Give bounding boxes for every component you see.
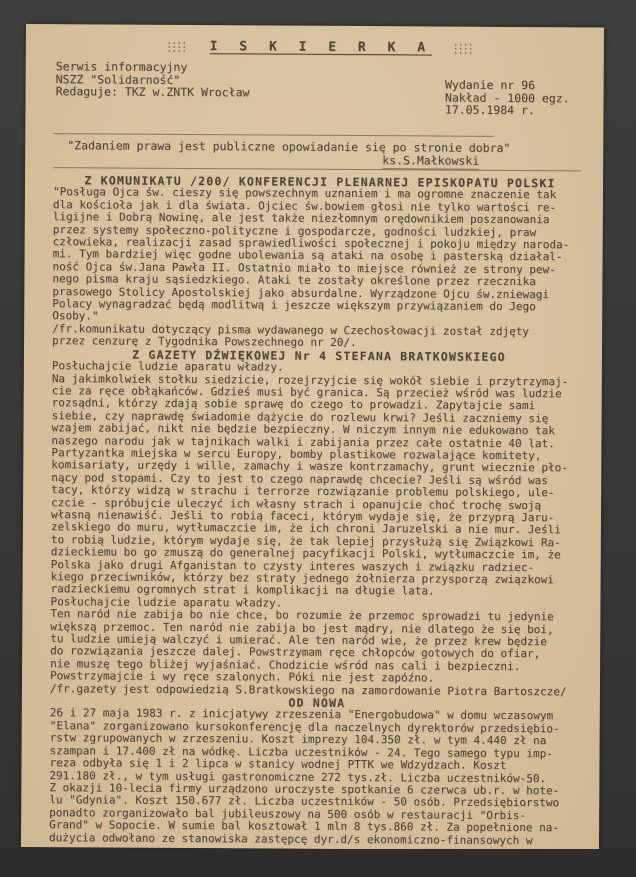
section-body: "Posługa Ojca św. cieszy się powszechnym… — [52, 187, 587, 352]
divider-line — [53, 167, 581, 171]
section-body: 26 i 27 maja 1983 r. z inicjatywy zrzesz… — [49, 708, 584, 848]
section-gazeta-dzwiekowa: Z GAZETY DŹWIĘKOWEJ Nr 4 STEFANA BRATKOW… — [50, 348, 586, 699]
divider-line — [53, 133, 493, 137]
edition-info: Wydanie nr 96 Nakład - 1000 egz. 17.05.1… — [445, 79, 570, 117]
publisher-info: Serwis informacyjny NSZZ "Solidarność" R… — [56, 60, 250, 99]
masthead-motto: "Zadaniem prawa jest publiczne opowiadan… — [67, 138, 510, 155]
motto-author: ks.S.Małkowski — [382, 153, 479, 170]
masthead: ▴▴▴▴ ▴▴▴▴ ▴▴▴▴ I S K I E R K A ▴▴▴▴ ▴▴▴▴… — [53, 24, 588, 177]
ornament-right-icon: ▴▴▴▴ ▴▴▴▴ ▴▴▴▴ — [454, 42, 474, 54]
section-body: Posłuchajcie ludzie aparatu władzy. Na j… — [50, 360, 586, 698]
newsletter-title: I S K I E R K A — [210, 39, 432, 55]
ornament-left-icon: ▴▴▴▴ ▴▴▴▴ ▴▴▴▴ — [168, 40, 188, 52]
section-episkopat: Z KOMUNIKATU /200/ KONFERENCJI PLENARNEJ… — [52, 174, 587, 351]
title-row: ▴▴▴▴ ▴▴▴▴ ▴▴▴▴ I S K I E R K A ▴▴▴▴ ▴▴▴▴… — [54, 38, 588, 56]
newsletter-page: ▴▴▴▴ ▴▴▴▴ ▴▴▴▴ I S K I E R K A ▴▴▴▴ ▴▴▴▴… — [21, 24, 604, 851]
scanned-document-view: { "colors": { "scan_background": "#39393… — [0, 0, 636, 877]
scanner-background-bottom — [0, 849, 636, 877]
section-od-nowa: OD NOWA 26 i 27 maja 1983 r. z inicjatyw… — [49, 695, 584, 847]
